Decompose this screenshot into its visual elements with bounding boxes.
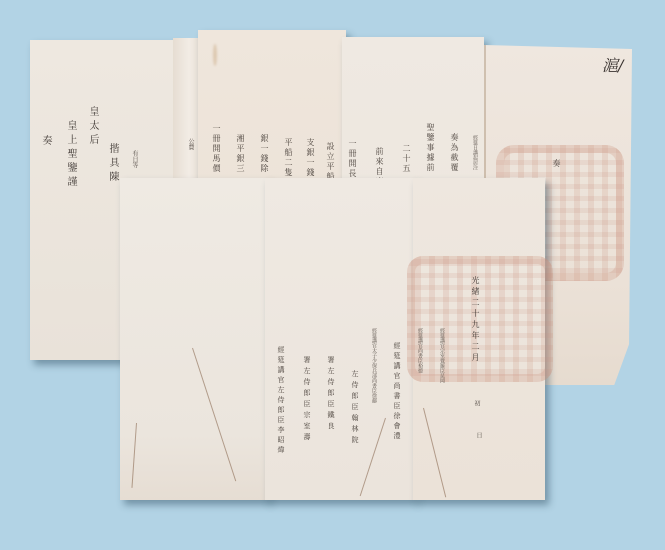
text-column: 皇上聖鑒謹 (65, 120, 75, 190)
text-column: 經筵講官尚書臣裕德 (417, 328, 422, 373)
paper-crease (360, 418, 386, 496)
paper-crease (423, 408, 446, 498)
text-column: 支銀一錢 (306, 138, 314, 178)
text-column: 二十五 (402, 144, 410, 174)
text-column: 經筵講官宗室覺羅臣昆岡 (439, 328, 444, 383)
text-column: 奏為截覆 (450, 133, 458, 173)
text-column: 設立平船 (326, 142, 334, 182)
text-column: 銀一錢除 (260, 134, 268, 174)
text-column: 經筵講官左侍郎臣李昭煒 (277, 346, 284, 456)
text-column: 公費 (187, 138, 193, 150)
paper-crease (192, 348, 236, 481)
text-column: 揩具陳 (107, 143, 117, 185)
document-sheet-front-mid: 經筵講官左侍郎臣李昭煒 署左侍郎臣宗室壽 署左侍郎臣鐵良 左侍郎臣翰林院 經筵講… (265, 178, 415, 500)
text-column: 皇太后 (87, 106, 97, 148)
document-sheet-front-right: 光緒二十九年二月 初 日 經筵講官尚書臣裕德 經筵講官宗室覺羅臣昆岡 (413, 178, 545, 500)
text-column: 署左侍郎臣鐵良 (327, 356, 334, 433)
paper-crease (131, 423, 137, 488)
text-column: 一冊開馬價 (212, 124, 220, 174)
text-column: 平船二隻 (284, 138, 292, 178)
handwritten-mark: 滬/ (602, 53, 623, 76)
document-sheet-front-left (120, 178, 268, 500)
text-column: 奏 (40, 135, 50, 149)
text-column: 有日等 (131, 150, 137, 168)
text-column: 聖鑒事據前 (426, 123, 434, 173)
date-suffix: 初 (473, 400, 479, 406)
text-column: 經筵講官尚書臣徐會澧 (393, 342, 400, 442)
text-column: 左侍郎臣翰林院 (351, 370, 358, 447)
document-date: 光緒二十九年二月 (471, 276, 479, 364)
text-column: 湘平銀三 (236, 134, 244, 174)
text-column: 經筵講官太子少保兵部尚書臣徐郙 (371, 328, 376, 403)
text-column: 署左侍郎臣宗室壽 (303, 356, 310, 444)
seal-stamp (407, 256, 553, 382)
text-column: 經筵日講起居注 (472, 135, 477, 170)
date-suffix: 日 (475, 432, 481, 438)
text-column: 奏 (552, 159, 560, 167)
paper-stain (213, 44, 217, 66)
